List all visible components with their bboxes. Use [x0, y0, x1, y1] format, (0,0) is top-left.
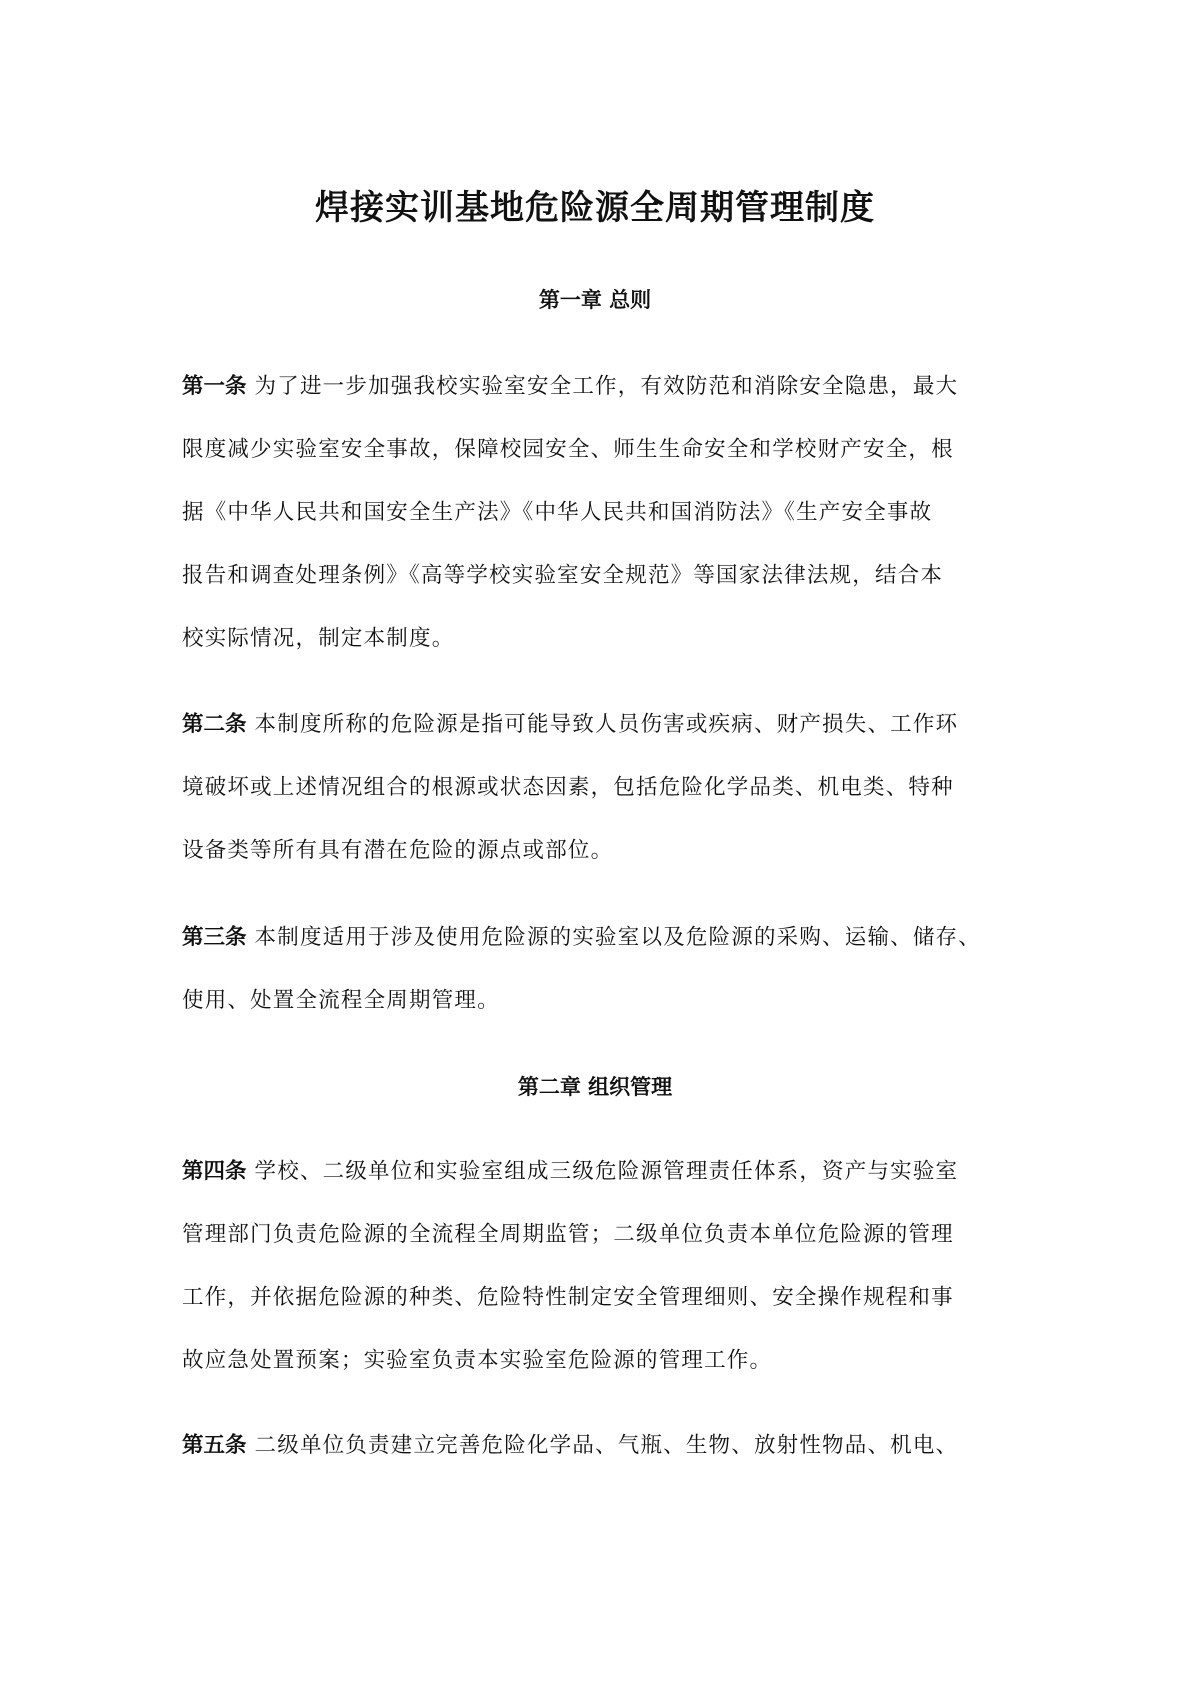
article-line: 报告和调查处理条例》《高等学校实验室安全规范》等国家法律法规，结合本	[182, 544, 1022, 607]
article-line: 故应急处置预案；实验室负责本实验室危险源的管理工作。	[182, 1329, 1022, 1392]
article-line: 使用、处置全流程全周期管理。	[182, 969, 1022, 1032]
chapter-heading-1: 第一章 总则	[0, 285, 1190, 315]
article-line: 第五条 二级单位负责建立完善危险化学品、气瓶、生物、放射性物品、机电、	[182, 1414, 1022, 1477]
article-label: 第二条	[182, 712, 247, 737]
article-line: 工作，并依据危险源的种类、危险特性制定安全管理细则、安全操作规程和事	[182, 1266, 1022, 1329]
article-line: 据《中华人民共和国安全生产法》《中华人民共和国消防法》《生产安全事故	[182, 481, 1022, 544]
article-line: 管理部门负责危险源的全流程全周期监管；二级单位负责本单位危险源的管理	[182, 1203, 1022, 1266]
article-line: 境破坏或上述情况组合的根源或状态因素，包括危险化学品类、机电类、特种	[182, 756, 1022, 819]
article-text: 本制度适用于涉及使用危险源的实验室以及危险源的采购、运输、储存、	[247, 925, 981, 950]
article-line: 第四条 学校、二级单位和实验室组成三级危险源管理责任体系，资产与实验室	[182, 1140, 1022, 1203]
article-line: 设备类等所有具有潜在危险的源点或部位。	[182, 819, 1022, 882]
article-2: 第二条 本制度所称的危险源是指可能导致人员伤害或疾病、财产损失、工作环 境破坏或…	[182, 693, 1022, 882]
article-label: 第四条	[182, 1159, 247, 1184]
article-text: 学校、二级单位和实验室组成三级危险源管理责任体系，资产与实验室	[247, 1159, 959, 1184]
article-label: 第五条	[182, 1433, 247, 1458]
article-text: 为了进一步加强我校实验室安全工作，有效防范和消除安全隐患，最大	[247, 374, 959, 399]
article-text: 二级单位负责建立完善危险化学品、气瓶、生物、放射性物品、机电、	[247, 1433, 959, 1458]
article-label: 第三条	[182, 925, 247, 950]
article-label: 第一条	[182, 374, 247, 399]
article-3: 第三条 本制度适用于涉及使用危险源的实验室以及危险源的采购、运输、储存、 使用、…	[182, 906, 1022, 1032]
article-5: 第五条 二级单位负责建立完善危险化学品、气瓶、生物、放射性物品、机电、	[182, 1414, 1022, 1477]
article-text: 本制度所称的危险源是指可能导致人员伤害或疾病、财产损失、工作环	[247, 712, 959, 737]
article-line: 第三条 本制度适用于涉及使用危险源的实验室以及危险源的采购、运输、储存、	[182, 906, 1022, 969]
article-line: 限度减少实验室安全事故，保障校园安全、师生生命安全和学校财产安全，根	[182, 418, 1022, 481]
chapter-heading-2: 第二章 组织管理	[0, 1072, 1190, 1102]
article-4: 第四条 学校、二级单位和实验室组成三级危险源管理责任体系，资产与实验室 管理部门…	[182, 1140, 1022, 1392]
article-line: 第二条 本制度所称的危险源是指可能导致人员伤害或疾病、财产损失、工作环	[182, 693, 1022, 756]
article-1: 第一条 为了进一步加强我校实验室安全工作，有效防范和消除安全隐患，最大 限度减少…	[182, 355, 1022, 670]
document-page: 焊接实训基地危险源全周期管理制度 第一章 总则 第一条 为了进一步加强我校实验室…	[0, 0, 1190, 1683]
article-line: 校实际情况，制定本制度。	[182, 607, 1022, 670]
document-title: 焊接实训基地危险源全周期管理制度	[0, 186, 1190, 230]
article-line: 第一条 为了进一步加强我校实验室安全工作，有效防范和消除安全隐患，最大	[182, 355, 1022, 418]
